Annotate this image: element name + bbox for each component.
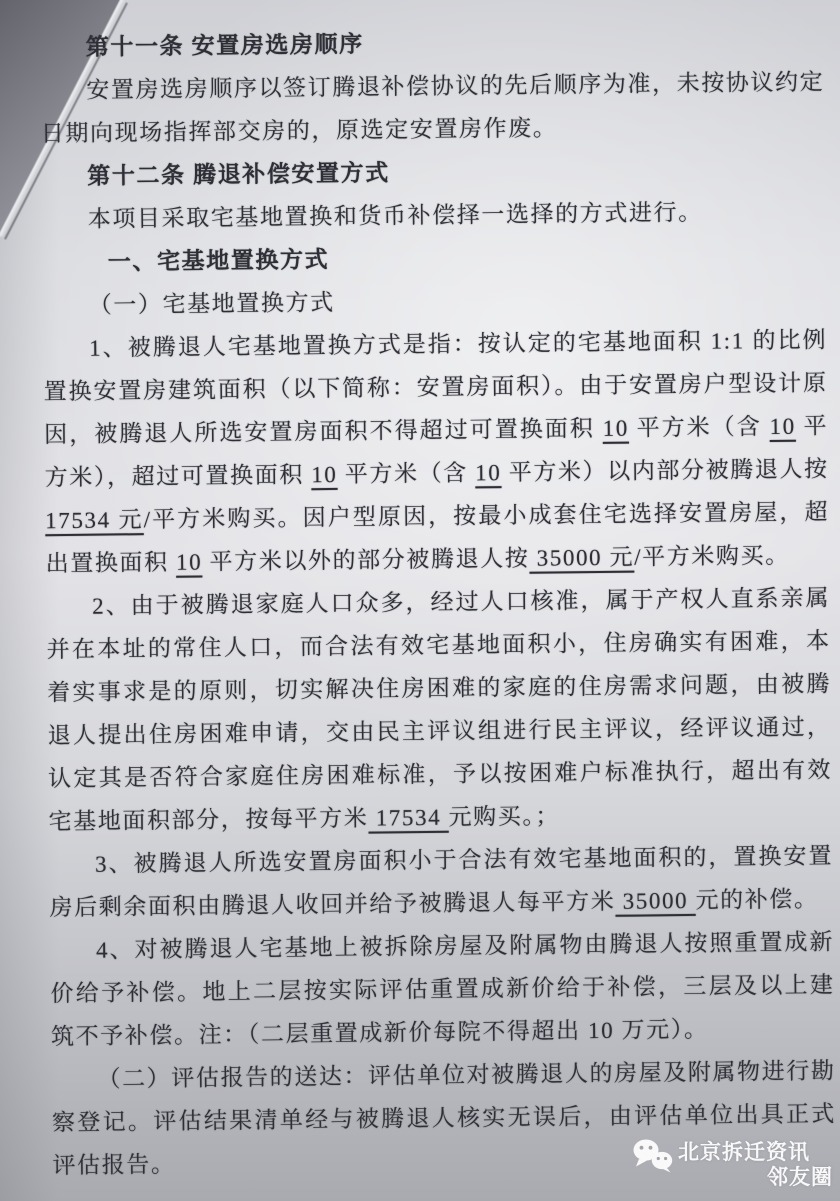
article-11-body: 安置房选房顺序以签订腾退补偿协议的先后顺序为准，未按协议约定日期向现场指挥部交房…: [40, 60, 825, 155]
underlined-value: 35000: [615, 888, 695, 914]
text-segment: 元购买。；: [448, 803, 560, 829]
underlined-value: 10: [475, 460, 501, 485]
underlined-value: 10: [603, 416, 629, 441]
wechat-icon: [633, 1139, 673, 1173]
watermark: 北京拆迁资讯 邻友圈: [633, 1136, 810, 1191]
text-segment: 一、宅基地置换方式: [108, 247, 330, 275]
clause-3: 3、被腾退人所选安置房面积小于合法有效宅基地面积的，置换安置房后剩余面积由腾退人…: [49, 834, 834, 929]
text-segment: 2、由于被腾退家庭人口众多，经过人口核准，属于产权人直系亲属并在本址的常住人口，…: [46, 585, 832, 834]
underlined-value: 17534 元: [45, 507, 144, 533]
clause-2: 2、由于被腾退家庭人口众多，经过人口核准，属于产权人直系亲属并在本址的常住人口，…: [46, 576, 833, 843]
underlined-value: 17534: [368, 805, 448, 831]
text-segment: （一）宅基地置换方式: [89, 290, 335, 318]
text-segment: 平方米）以内部分被腾退人按: [501, 456, 829, 485]
text-segment: 元的补偿。: [695, 886, 818, 912]
text-segment: 本项目采取宅基地置换和货币补偿择一选择的方式进行。: [88, 200, 703, 232]
document-photo: 第十一条 安置房选房顺序安置房选房顺序以签订腾退补偿协议的先后顺序为准，未按协议…: [0, 0, 840, 1201]
underlined-value: 10: [311, 462, 337, 487]
watermark-text: 北京拆迁资讯 邻友圈: [678, 1136, 810, 1191]
text-segment: 平方米（含: [629, 414, 770, 441]
underlined-value: 35000 元: [529, 545, 634, 571]
text-segment: 第十二条 腾退补偿安置方式: [87, 160, 390, 188]
text-segment: 平方米（含: [337, 460, 475, 487]
clause-4: 4、对被腾退人宅基地上被拆除房屋及附属物由腾退人按照重置成新价给予补偿。地上二层…: [50, 920, 835, 1058]
underlined-value: 10: [176, 549, 202, 574]
text-segment: 4、对被腾退人宅基地上被拆除房屋及附属物由腾退人按照重置成新价给予补偿。地上二层…: [50, 929, 834, 1049]
clause-1: 1、被腾退人宅基地置换方式是指：按认定的宅基地面积 1:1 的比例置换安置房建筑…: [43, 318, 830, 585]
text-segment: 平方米以外的部分被腾退人按: [202, 546, 529, 575]
text-segment: 安置房选房顺序以签订腾退补偿协议的先后顺序为准，未按协议约定日期向现场指挥部交房…: [41, 69, 825, 146]
text-segment: /平方米购买。: [634, 543, 790, 570]
text-segment: 第十一条 安置房选房顺序: [86, 32, 364, 60]
underlined-value: 10: [769, 414, 795, 439]
document-text: 第十一条 安置房选房顺序安置房选房顺序以签订腾退补偿协议的先后顺序为准，未按协议…: [0, 0, 840, 1188]
